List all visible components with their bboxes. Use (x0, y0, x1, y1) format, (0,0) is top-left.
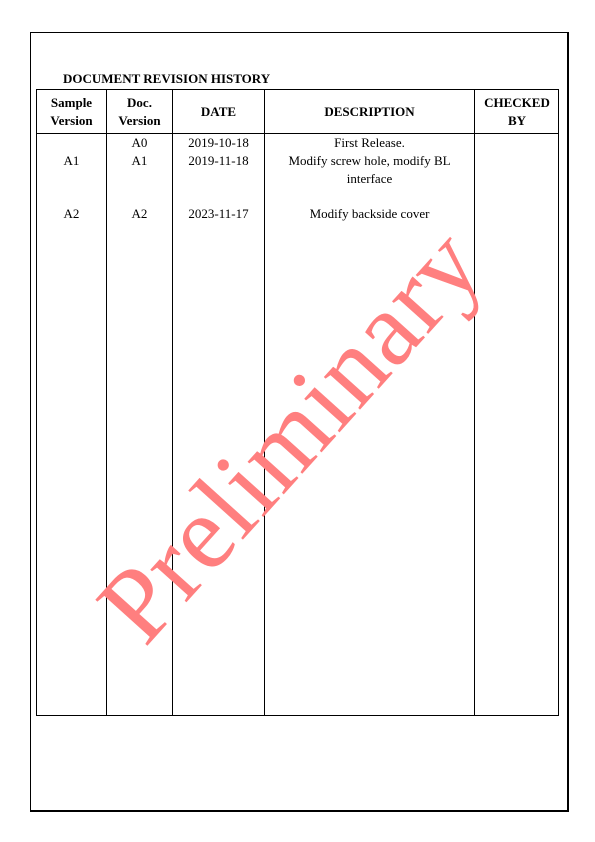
header-doc-version: Doc. Version (107, 90, 172, 133)
header-sample-version-line2: Version (50, 112, 92, 130)
header-date: DATE (173, 90, 264, 133)
revision-history-table: Sample Version Doc. Version DATE DESCRIP… (36, 89, 559, 716)
cell-description: Modify backside cover (265, 205, 474, 223)
cell-description: Modify screw hole, modify BL interface (265, 152, 474, 188)
cell-description-line1: Modify screw hole, modify BL (265, 152, 474, 170)
header-checked-by-line1: CHECKED (484, 94, 550, 112)
cell-description: First Release. (265, 134, 474, 152)
column-divider (474, 90, 475, 715)
cell-description-line2: interface (265, 170, 474, 188)
cell-date: 2019-11-18 (173, 152, 264, 170)
header-sample-version-line1: Sample (50, 94, 92, 112)
header-doc-version-line2: Version (118, 112, 160, 130)
header-checked-by-line2: BY (484, 112, 550, 130)
cell-sample-version: A2 (37, 205, 106, 223)
header-date-label: DATE (201, 103, 236, 121)
header-sample-version: Sample Version (37, 90, 106, 133)
cell-sample-version: A1 (37, 152, 106, 170)
column-divider (172, 90, 173, 715)
cell-date: 2023-11-17 (173, 205, 264, 223)
header-checked-by: CHECKED BY (475, 90, 559, 133)
cell-doc-version: A0 (107, 134, 172, 152)
header-description: DESCRIPTION (265, 90, 474, 133)
header-doc-version-line1: Doc. (118, 94, 160, 112)
document-title: DOCUMENT REVISION HISTORY (63, 71, 270, 87)
cell-doc-version: A2 (107, 205, 172, 223)
cell-doc-version: A1 (107, 152, 172, 170)
column-divider (106, 90, 107, 715)
header-description-label: DESCRIPTION (324, 103, 414, 121)
cell-date: 2019-10-18 (173, 134, 264, 152)
